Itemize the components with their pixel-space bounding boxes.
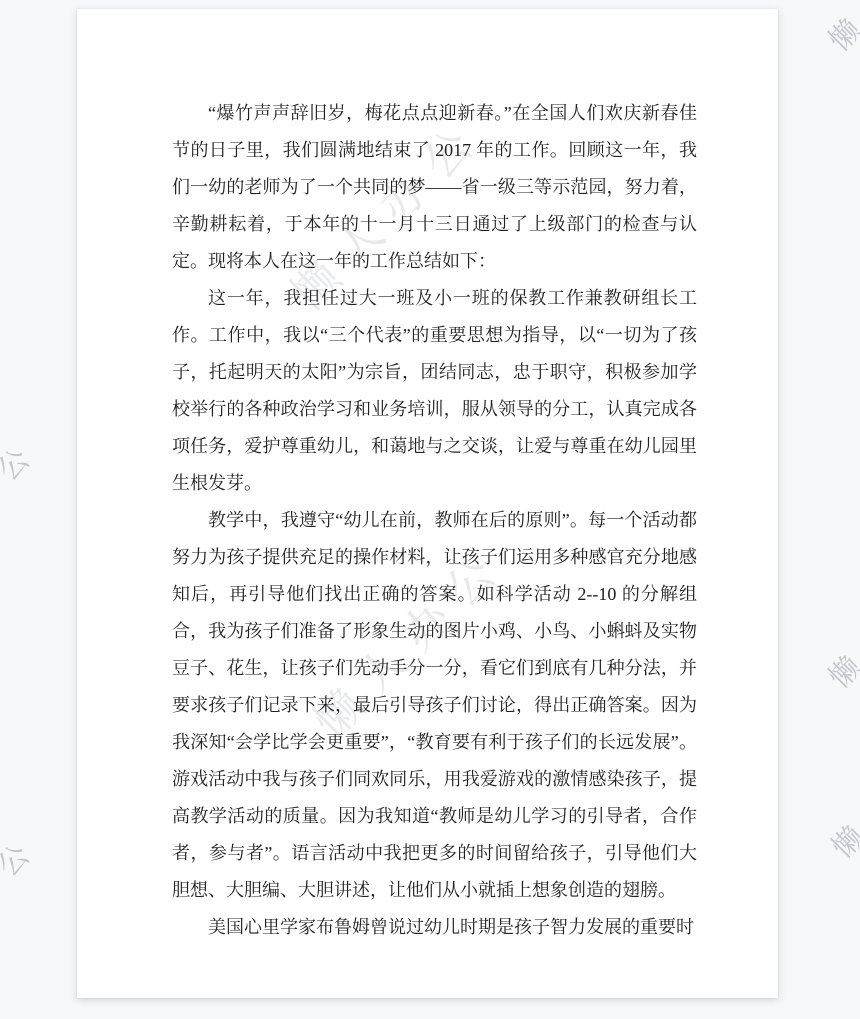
document-body: “爆竹声声辞旧岁，梅花点点迎新春。”在全国人们欢庆新春佳节的日子里，我们圆满地结… [172,95,697,946]
paragraph-4: 美国心里学家布鲁姆曾说过幼儿时期是孩子智力发展的重要时 [172,909,697,946]
paragraph-2: 这一年，我担任过大一班及小一班的保教工作兼教研组长工作。工作中，我以“三个代表”… [172,280,697,502]
paragraph-1: “爆竹声声辞旧岁，梅花点点迎新春。”在全国人们欢庆新春佳节的日子里，我们圆满地结… [172,95,697,280]
paragraph-3: 教学中，我遵守“幼儿在前，教师在后的原则”。每一个活动都努力为孩子提供充足的操作… [172,502,697,909]
watermark-text: 懒人办公 [820,728,860,867]
watermark-text: 懒人办公 [817,558,860,697]
screenshot-canvas: 懒人办公 懒人办公 “爆竹声声辞旧岁，梅花点点迎新春。”在全国人们欢庆新春佳节的… [0,0,860,1019]
document-page: 懒人办公 懒人办公 “爆竹声声辞旧岁，梅花点点迎新春。”在全国人们欢庆新春佳节的… [77,9,778,998]
watermark-text: 懒人办公 [0,431,43,570]
watermark-text: 懒人办公 [0,827,43,966]
watermark-text: 懒人办公 [817,0,860,59]
